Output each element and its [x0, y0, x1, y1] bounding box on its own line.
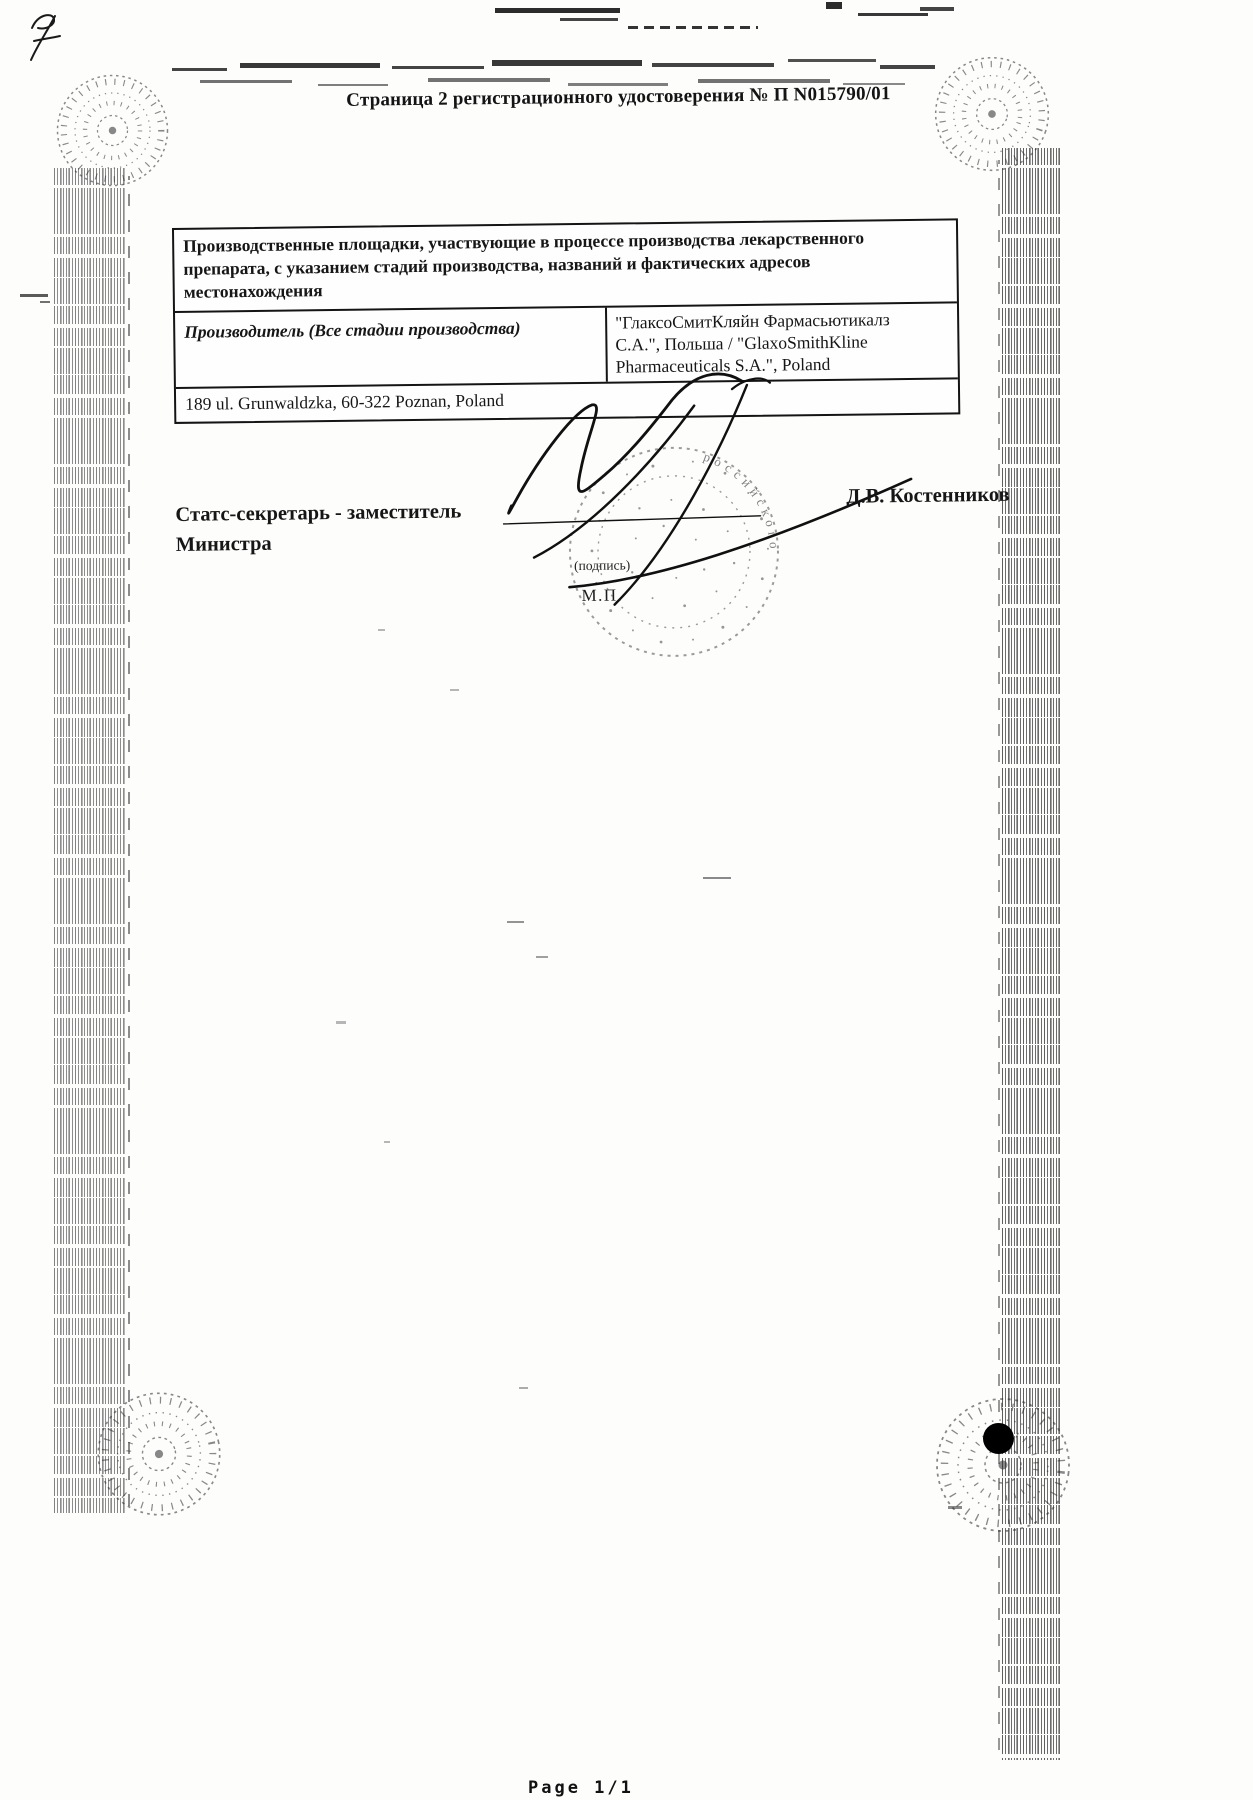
signature-caption: (подпись): [574, 557, 630, 574]
signer-name: Д.В. Костенников: [846, 484, 1010, 509]
signer-post-line1: Статс-секретарь - заместитель: [175, 500, 461, 526]
scanned-certificate-page: 7 Страница 2 регистрационного удостовере…: [0, 0, 1253, 1800]
document-content: Страница 2 регистрационного удостоверени…: [0, 0, 1253, 1800]
page-footer: Page 1/1: [528, 1778, 634, 1800]
seal-place-mark: М.П.: [581, 585, 623, 606]
signer-post-line2: Министра: [176, 533, 272, 557]
punch-hole-dot: [983, 1423, 1014, 1454]
page-title: Страница 2 регистрационного удостоверени…: [278, 82, 958, 112]
table-caption: Производственные площадки, участвующие в…: [174, 220, 957, 313]
